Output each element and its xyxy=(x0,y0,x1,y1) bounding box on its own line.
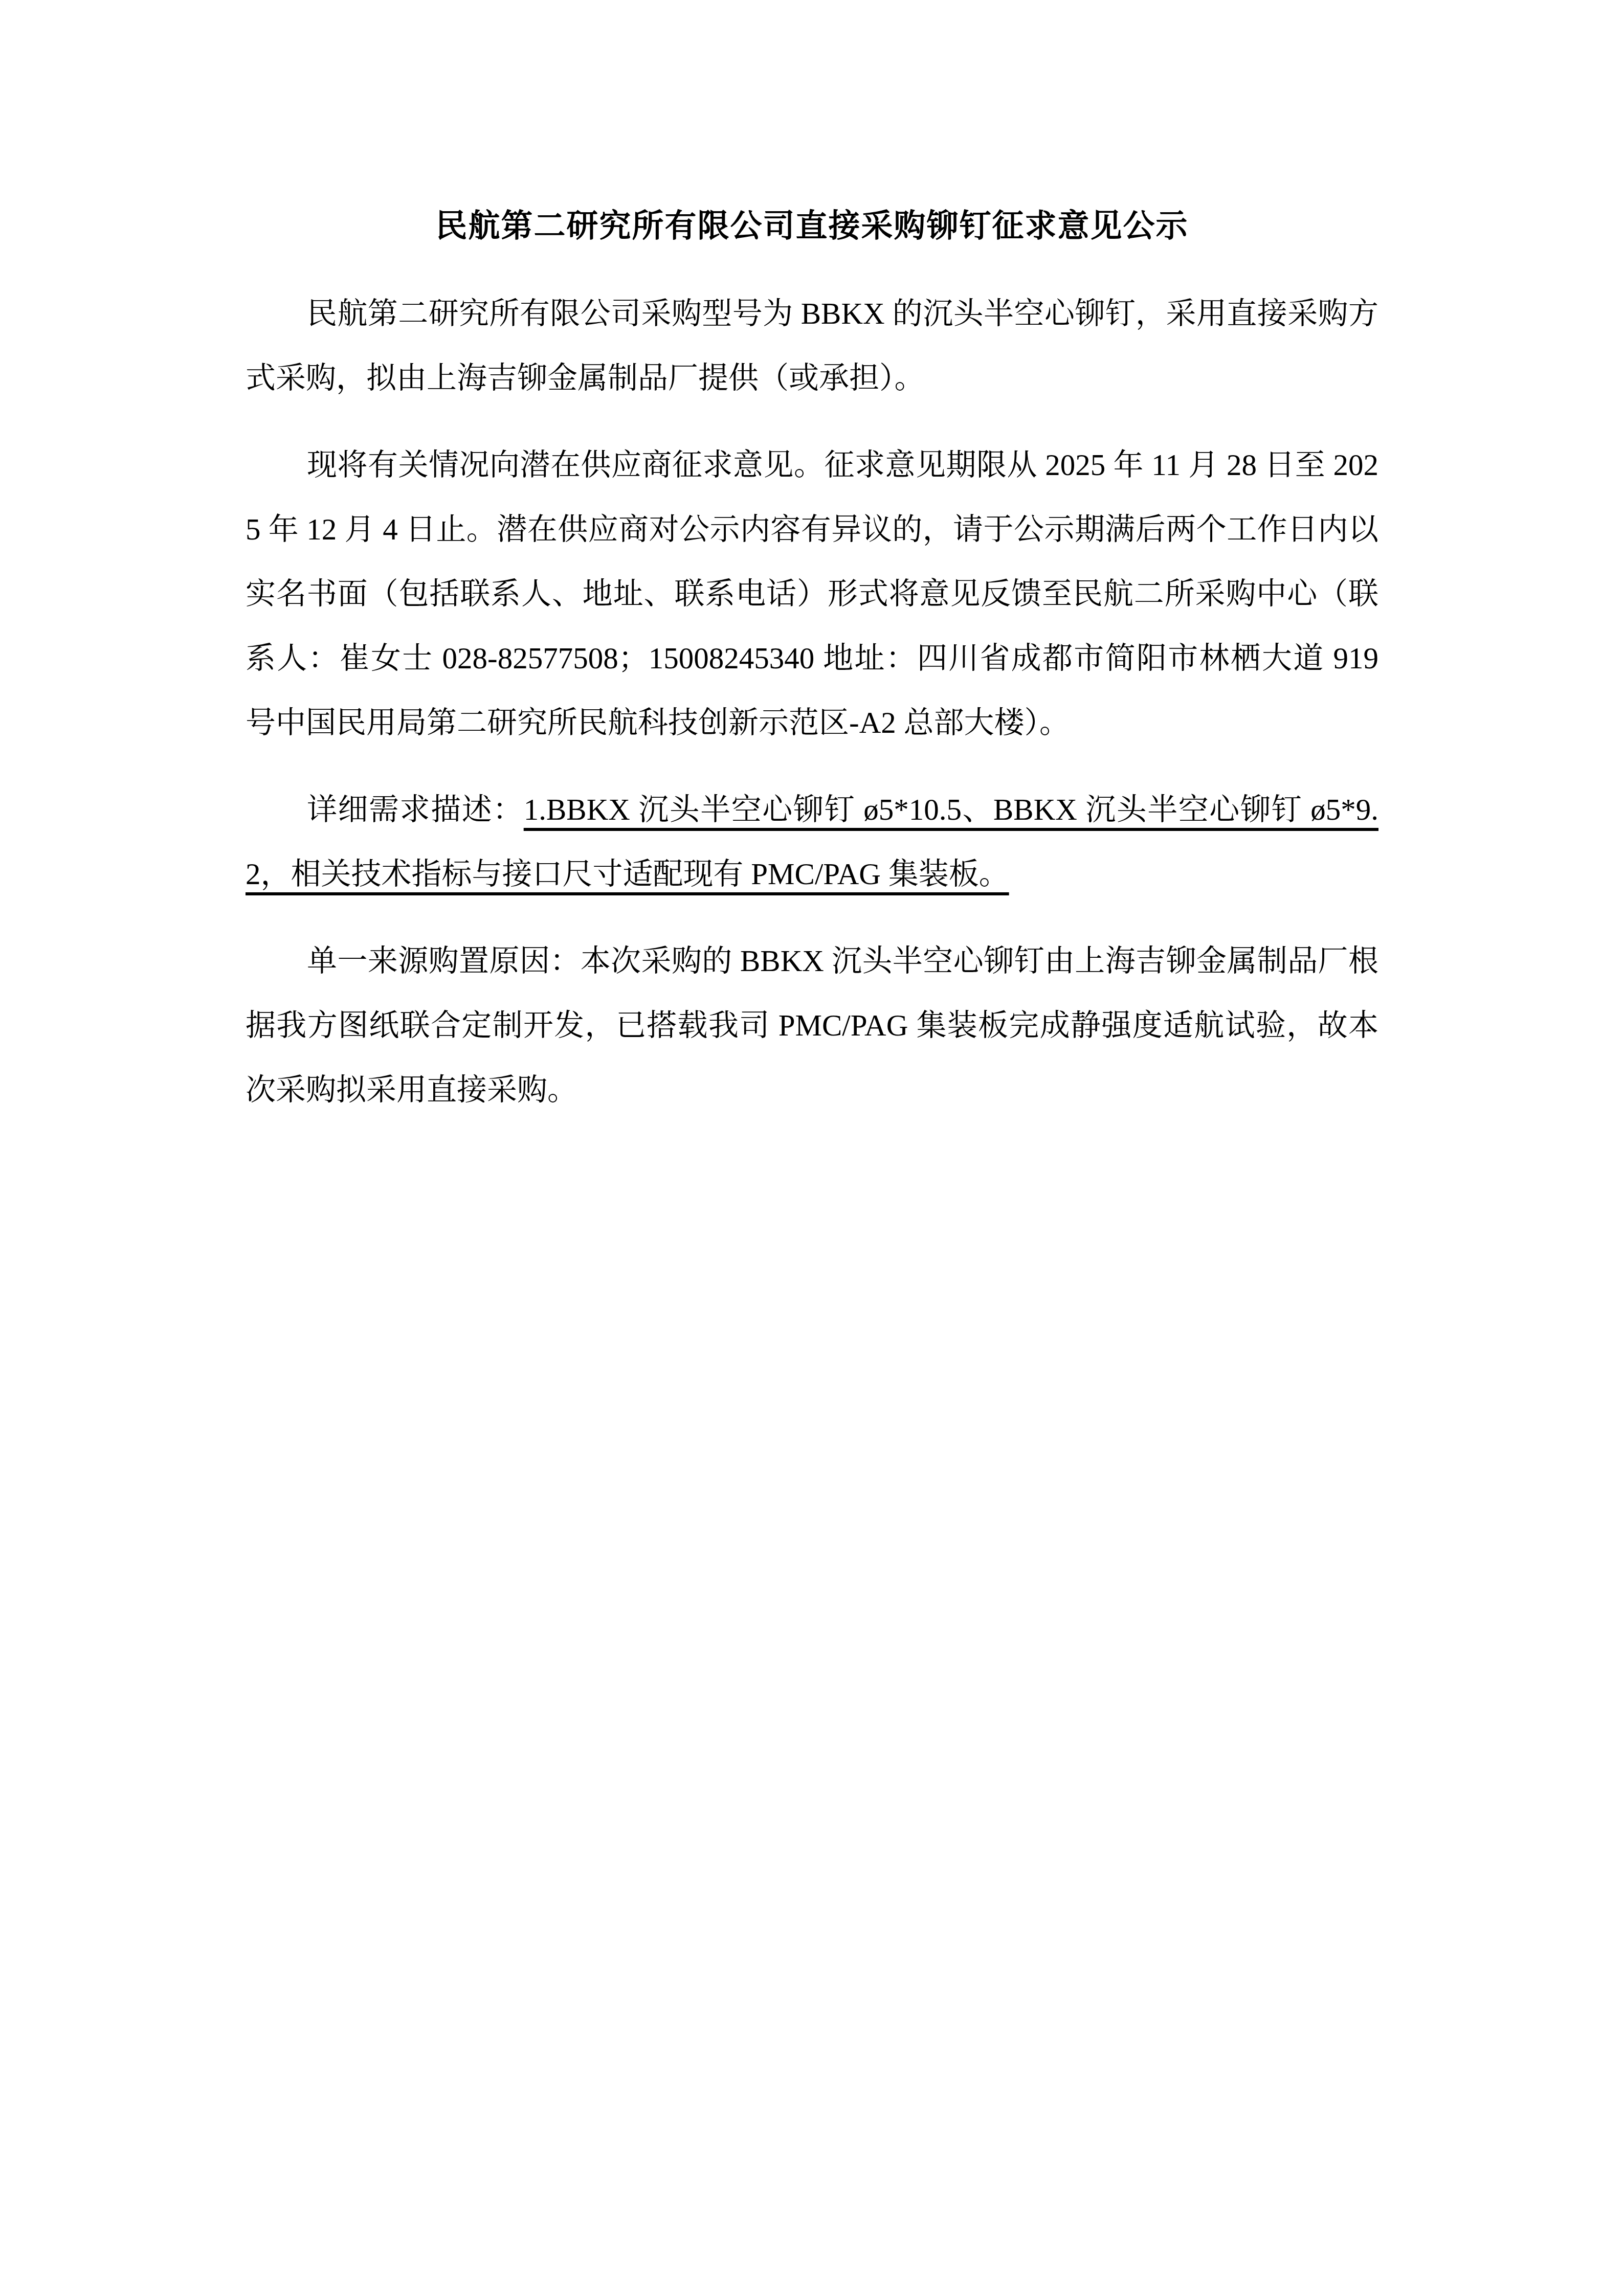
paragraph-requirements: 详细需求描述：1.BBKX 沉头半空心铆钉 ø5*10.5、BBKX 沉头半空心… xyxy=(246,777,1378,906)
paragraph-intro: 民航第二研究所有限公司采购型号为 BBKX 的沉头半空心铆钉，采用直接采购方式采… xyxy=(246,281,1378,410)
document-title: 民航第二研究所有限公司直接采购铆钉征求意见公示 xyxy=(246,194,1378,259)
requirements-label: 详细需求描述： xyxy=(307,793,524,826)
paragraph-feedback: 现将有关情况向潜在供应商征求意见。征求意见期限从 2025 年 11 月 28 … xyxy=(246,433,1378,755)
paragraph-sole-source: 单一来源购置原因：本次采购的 BBKX 沉头半空心铆钉由上海吉铆金属制品厂根据我… xyxy=(246,929,1378,1122)
document-page: 民航第二研究所有限公司直接采购铆钉征求意见公示 民航第二研究所有限公司采购型号为… xyxy=(0,0,1624,2296)
